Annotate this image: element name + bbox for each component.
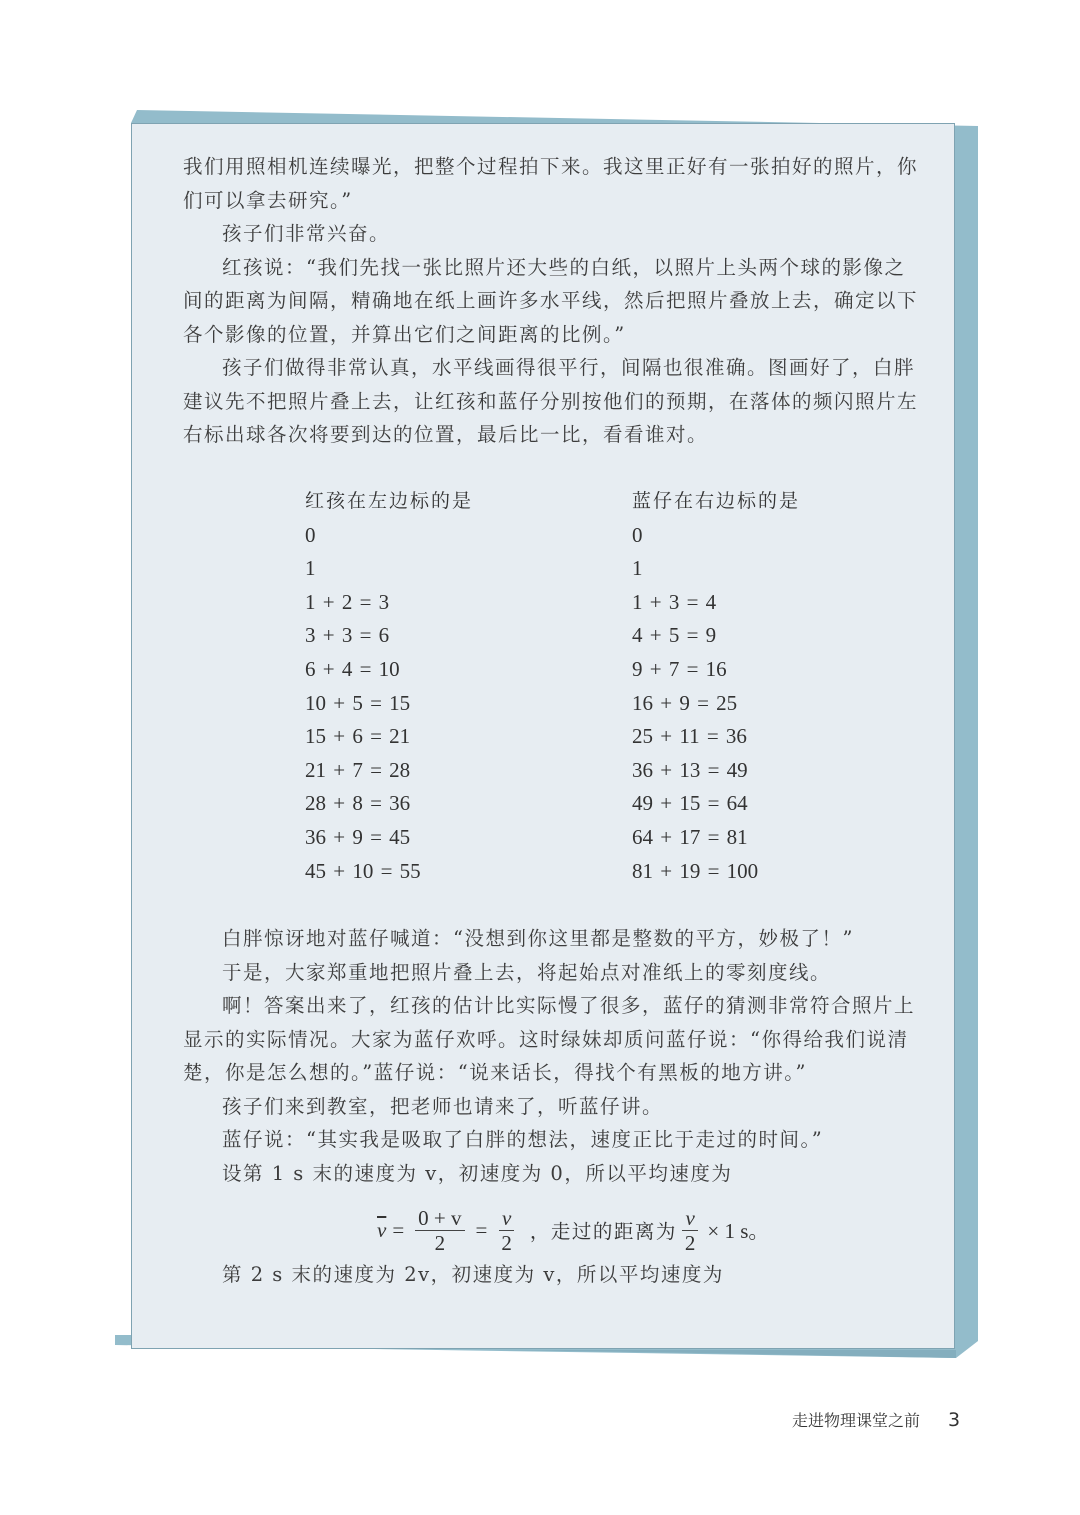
formula-equals: =	[392, 1218, 404, 1243]
table-row: 81 + 19 = 100	[632, 855, 800, 889]
fraction-numerator: v	[499, 1206, 514, 1231]
table-row: 9 + 7 = 16	[632, 653, 800, 687]
table-row: 0	[305, 519, 473, 553]
paragraph: 第 2 s 末的速度为 2v，初速度为 v，所以平均速度为	[183, 1258, 918, 1292]
paragraph: 于是，大家郑重地把照片叠上去，将起始点对准纸上的零刻度线。	[183, 956, 918, 990]
table-row: 36 + 9 = 45	[305, 821, 473, 855]
table-row: 1 + 3 = 4	[632, 586, 800, 620]
average-velocity-formula: v = 0 + v 2 = v 2 ，走过的距离为 v 2 × 1 s。	[377, 1202, 769, 1258]
table-row: 1	[305, 552, 473, 586]
paragraph: 红孩说：“我们先找一张比照片还大些的白纸，以照片上头两个球的影像之间的距离为间隔…	[183, 251, 918, 352]
paragraph: 啊！答案出来了，红孩的估计比实际慢了很多，蓝仔的猜测非常符合照片上显示的实际情况…	[183, 989, 918, 1090]
formula-tail: × 1 s。	[707, 1215, 769, 1245]
page-footer: 走进物理课堂之前 3	[792, 1408, 960, 1431]
table-row: 0	[632, 519, 800, 553]
table-row: 1 + 2 = 3	[305, 586, 473, 620]
paragraph: 白胖惊讶地对蓝仔喊道：“没想到你这里都是整数的平方，妙极了！”	[183, 922, 918, 956]
table-row: 25 + 11 = 36	[632, 720, 800, 754]
text-block-top: 我们用照相机连续曝光，把整个过程拍下来。我这里正好有一张拍好的照片，你们可以拿去…	[183, 150, 918, 452]
fraction-denominator: 2	[432, 1231, 449, 1255]
column-header: 红孩在左边标的是	[305, 485, 473, 519]
table-row: 3 + 3 = 6	[305, 619, 473, 653]
table-row: 10 + 5 = 15	[305, 687, 473, 721]
fraction: v 2	[682, 1206, 699, 1255]
formula-lhs: v	[377, 1218, 386, 1243]
page-number: 3	[948, 1409, 960, 1431]
table-row: 64 + 17 = 81	[632, 821, 800, 855]
fraction-denominator: 2	[498, 1231, 515, 1255]
table-row: 1	[632, 552, 800, 586]
table-row: 6 + 4 = 10	[305, 653, 473, 687]
formula-equals: =	[476, 1218, 488, 1243]
chapter-title: 走进物理课堂之前	[792, 1408, 920, 1431]
paragraph: 设第 1 s 末的速度为 v，初速度为 0，所以平均速度为	[183, 1157, 918, 1191]
formula-text: ，走过的距离为	[530, 1216, 677, 1244]
backing-shadow-bottom	[500, 1350, 956, 1358]
paragraph: 我们用照相机连续曝光，把整个过程拍下来。我这里正好有一张拍好的照片，你们可以拿去…	[183, 150, 918, 217]
paragraph: 蓝仔说：“其实我是吸取了白胖的想法，速度正比于走过的时间。”	[183, 1123, 918, 1157]
fraction-numerator: v	[682, 1206, 697, 1231]
table-row: 49 + 15 = 64	[632, 787, 800, 821]
left-column-redkid: 红孩在左边标的是 0 1 1 + 2 = 3 3 + 3 = 6 6 + 4 =…	[305, 485, 473, 888]
table-row: 15 + 6 = 21	[305, 720, 473, 754]
table-row: 16 + 9 = 25	[632, 687, 800, 721]
right-column-bluekid: 蓝仔在右边标的是 0 1 1 + 3 = 4 4 + 5 = 9 9 + 7 =…	[632, 485, 800, 888]
table-row: 4 + 5 = 9	[632, 619, 800, 653]
table-row: 36 + 13 = 49	[632, 754, 800, 788]
paragraph: 孩子们来到教室，把老师也请来了，听蓝仔讲。	[183, 1090, 918, 1124]
paragraph: 孩子们非常兴奋。	[183, 217, 918, 251]
table-row: 21 + 7 = 28	[305, 754, 473, 788]
fraction-denominator: 2	[682, 1231, 699, 1255]
table-row: 28 + 8 = 36	[305, 787, 473, 821]
fraction-numerator: 0 + v	[415, 1206, 464, 1231]
text-block-bottom: 白胖惊讶地对蓝仔喊道：“没想到你这里都是整数的平方，妙极了！” 于是，大家郑重地…	[183, 922, 918, 1190]
text-block-last: 第 2 s 末的速度为 2v，初速度为 v，所以平均速度为	[183, 1258, 918, 1292]
fraction: 0 + v 2	[415, 1206, 464, 1255]
column-header: 蓝仔在右边标的是	[632, 485, 800, 519]
paragraph: 孩子们做得非常认真，水平线画得很平行，间隔也很准确。图画好了，白胖建议先不把照片…	[183, 351, 918, 452]
fraction: v 2	[498, 1206, 515, 1255]
table-row: 45 + 10 = 55	[305, 855, 473, 889]
